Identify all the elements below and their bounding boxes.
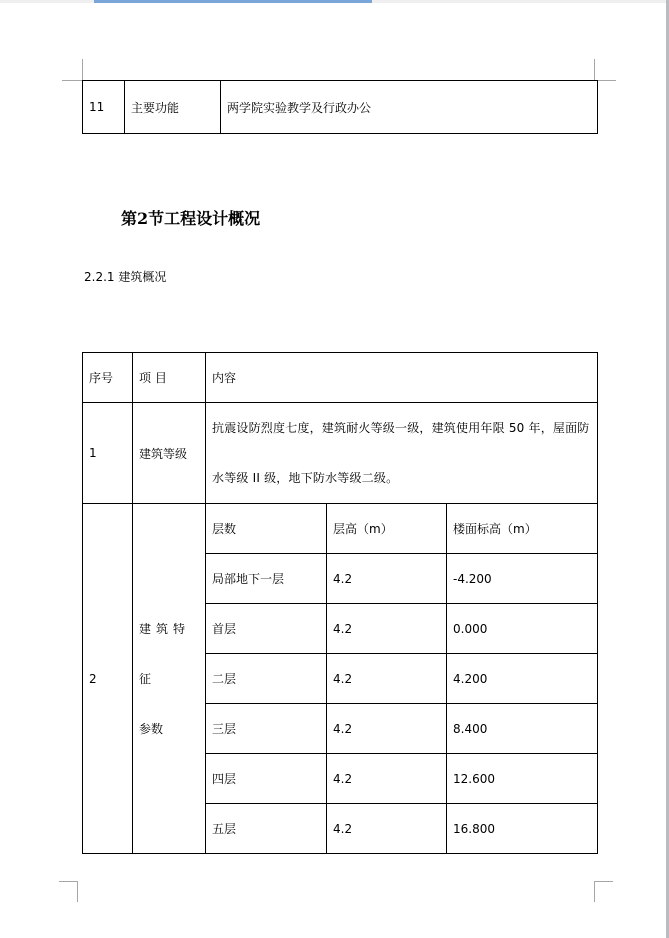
floor-name: 三层 (206, 704, 327, 754)
row-item: 建筑等级 (133, 403, 206, 504)
crop-mark-top-right-h (596, 80, 616, 81)
floor-elevation: 12.600 (447, 754, 598, 804)
previous-table-tail: 11 主要功能 两学院实验教学及行政办公 (82, 80, 598, 134)
subsection-title: 2.2.1 建筑概况 (84, 268, 166, 285)
table-header-row: 序号 项 目 内容 (83, 353, 598, 403)
row-item-line1: 建筑特征 (139, 622, 190, 686)
floor-elevation: 8.400 (447, 704, 598, 754)
crop-mark-bottom-left-h (59, 881, 78, 882)
floor-height: 4.2 (327, 604, 447, 654)
floor-elevation: 4.200 (447, 654, 598, 704)
row-number: 2 (83, 504, 133, 854)
floor-name: 局部地下一层 (206, 554, 327, 604)
crop-mark-bottom-right-h (594, 881, 613, 882)
crop-mark-top-right-v (594, 59, 595, 80)
crop-mark-top-left-h (62, 80, 82, 81)
floor-elevation: -4.200 (447, 554, 598, 604)
subheader-floor: 层数 (206, 504, 327, 554)
floor-name: 五层 (206, 804, 327, 854)
table-row: 1 建筑等级 抗震设防烈度七度，建筑耐火等级一级，建筑使用年限 50 年，屋面防… (83, 403, 598, 504)
floor-name: 二层 (206, 654, 327, 704)
table-row: 2 建筑特征 参数 层数 层高（m） 楼面标高（m） (83, 504, 598, 554)
header-item: 项 目 (133, 353, 206, 403)
table-row: 11 主要功能 两学院实验教学及行政办公 (83, 81, 598, 134)
subheader-elevation: 楼面标高（m） (447, 504, 598, 554)
row-item: 主要功能 (125, 81, 221, 134)
floor-name: 首层 (206, 604, 327, 654)
header-content: 内容 (206, 353, 598, 403)
row-content: 抗震设防烈度七度，建筑耐火等级一级，建筑使用年限 50 年，屋面防水等级 II … (206, 403, 598, 504)
row-number: 1 (83, 403, 133, 504)
floor-height: 4.2 (327, 754, 447, 804)
top-progress-track (0, 0, 669, 3)
floor-elevation: 16.800 (447, 804, 598, 854)
row-item: 建筑特征 参数 (133, 504, 206, 854)
floor-height: 4.2 (327, 704, 447, 754)
floor-name: 四层 (206, 754, 327, 804)
floor-height: 4.2 (327, 804, 447, 854)
row-number: 11 (83, 81, 125, 134)
row-item-line2: 参数 (139, 722, 163, 736)
building-overview-table: 序号 项 目 内容 1 建筑等级 抗震设防烈度七度，建筑耐火等级一级，建筑使用年… (82, 352, 598, 854)
header-no: 序号 (83, 353, 133, 403)
crop-mark-bottom-left-v (77, 881, 78, 902)
crop-mark-top-left-v (82, 59, 83, 80)
section-title: 第2节工程设计概况 (121, 206, 260, 229)
floor-height: 4.2 (327, 554, 447, 604)
row-content: 两学院实验教学及行政办公 (221, 81, 598, 134)
subheader-height: 层高（m） (327, 504, 447, 554)
floor-height: 4.2 (327, 654, 447, 704)
load-progress-bar (94, 0, 372, 3)
floor-elevation: 0.000 (447, 604, 598, 654)
crop-mark-bottom-right-v (594, 881, 595, 902)
